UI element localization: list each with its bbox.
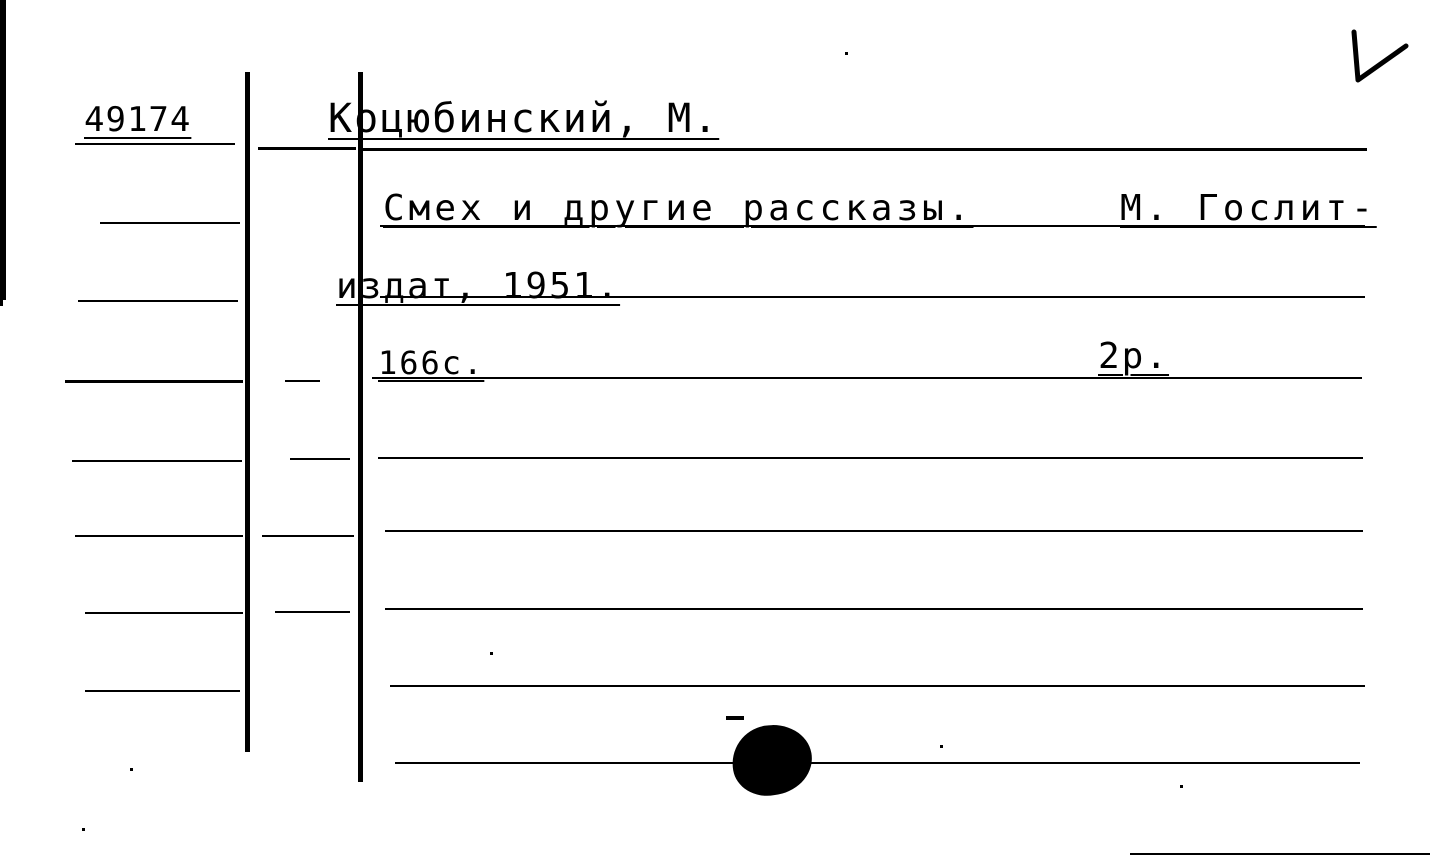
ink-blot: [727, 719, 818, 802]
ruled-line: [385, 530, 1363, 532]
title-line-2: издат, 1951.: [336, 266, 620, 307]
ruled-line: [372, 377, 1362, 379]
ruled-line: [258, 147, 356, 150]
scan-speck: [130, 768, 133, 771]
title-line-1: Смех и другие рассказы.: [383, 188, 974, 229]
ruled-line: [378, 457, 1363, 459]
ruled-line: [65, 380, 243, 383]
ruled-line: [85, 612, 243, 614]
ruled-line: [285, 380, 320, 382]
column-rule-left: [245, 72, 250, 752]
scan-speck: [1180, 785, 1183, 788]
ruled-line: [75, 535, 243, 537]
price: 2р.: [1098, 336, 1169, 377]
scan-speck: [82, 828, 85, 831]
scan-speck: [940, 745, 943, 748]
ruled-line: [262, 535, 354, 537]
column-rule-right: [358, 72, 363, 782]
ruled-line: [362, 148, 1367, 151]
ruled-line: [390, 685, 1365, 687]
scan-edge-shadow: [0, 0, 6, 300]
call-number: 49174: [84, 100, 191, 140]
ruled-line: [290, 458, 350, 460]
ruled-line: [385, 608, 1363, 610]
ink-mark: [726, 716, 744, 720]
scan-speck: [490, 652, 493, 655]
ruled-line: [85, 690, 240, 692]
ruled-line: [78, 300, 238, 302]
ruled-line: [1130, 853, 1430, 855]
checkmark-icon: [1350, 28, 1410, 86]
ruled-line: [395, 762, 1360, 764]
author-name: Коцюбинский, М.: [328, 96, 719, 142]
publisher-line-1: М. Гослит-: [1120, 188, 1377, 229]
ruled-line: [72, 460, 242, 462]
catalog-card: 49174 Коцюбинский, М. Смех и другие расс…: [0, 0, 1432, 856]
scan-speck: [845, 52, 848, 55]
ruled-line: [75, 143, 235, 145]
ruled-line: [100, 222, 240, 224]
scan-edge-shadow: [0, 300, 3, 306]
page-count: 166с.: [378, 344, 484, 382]
ruled-line: [275, 611, 350, 613]
